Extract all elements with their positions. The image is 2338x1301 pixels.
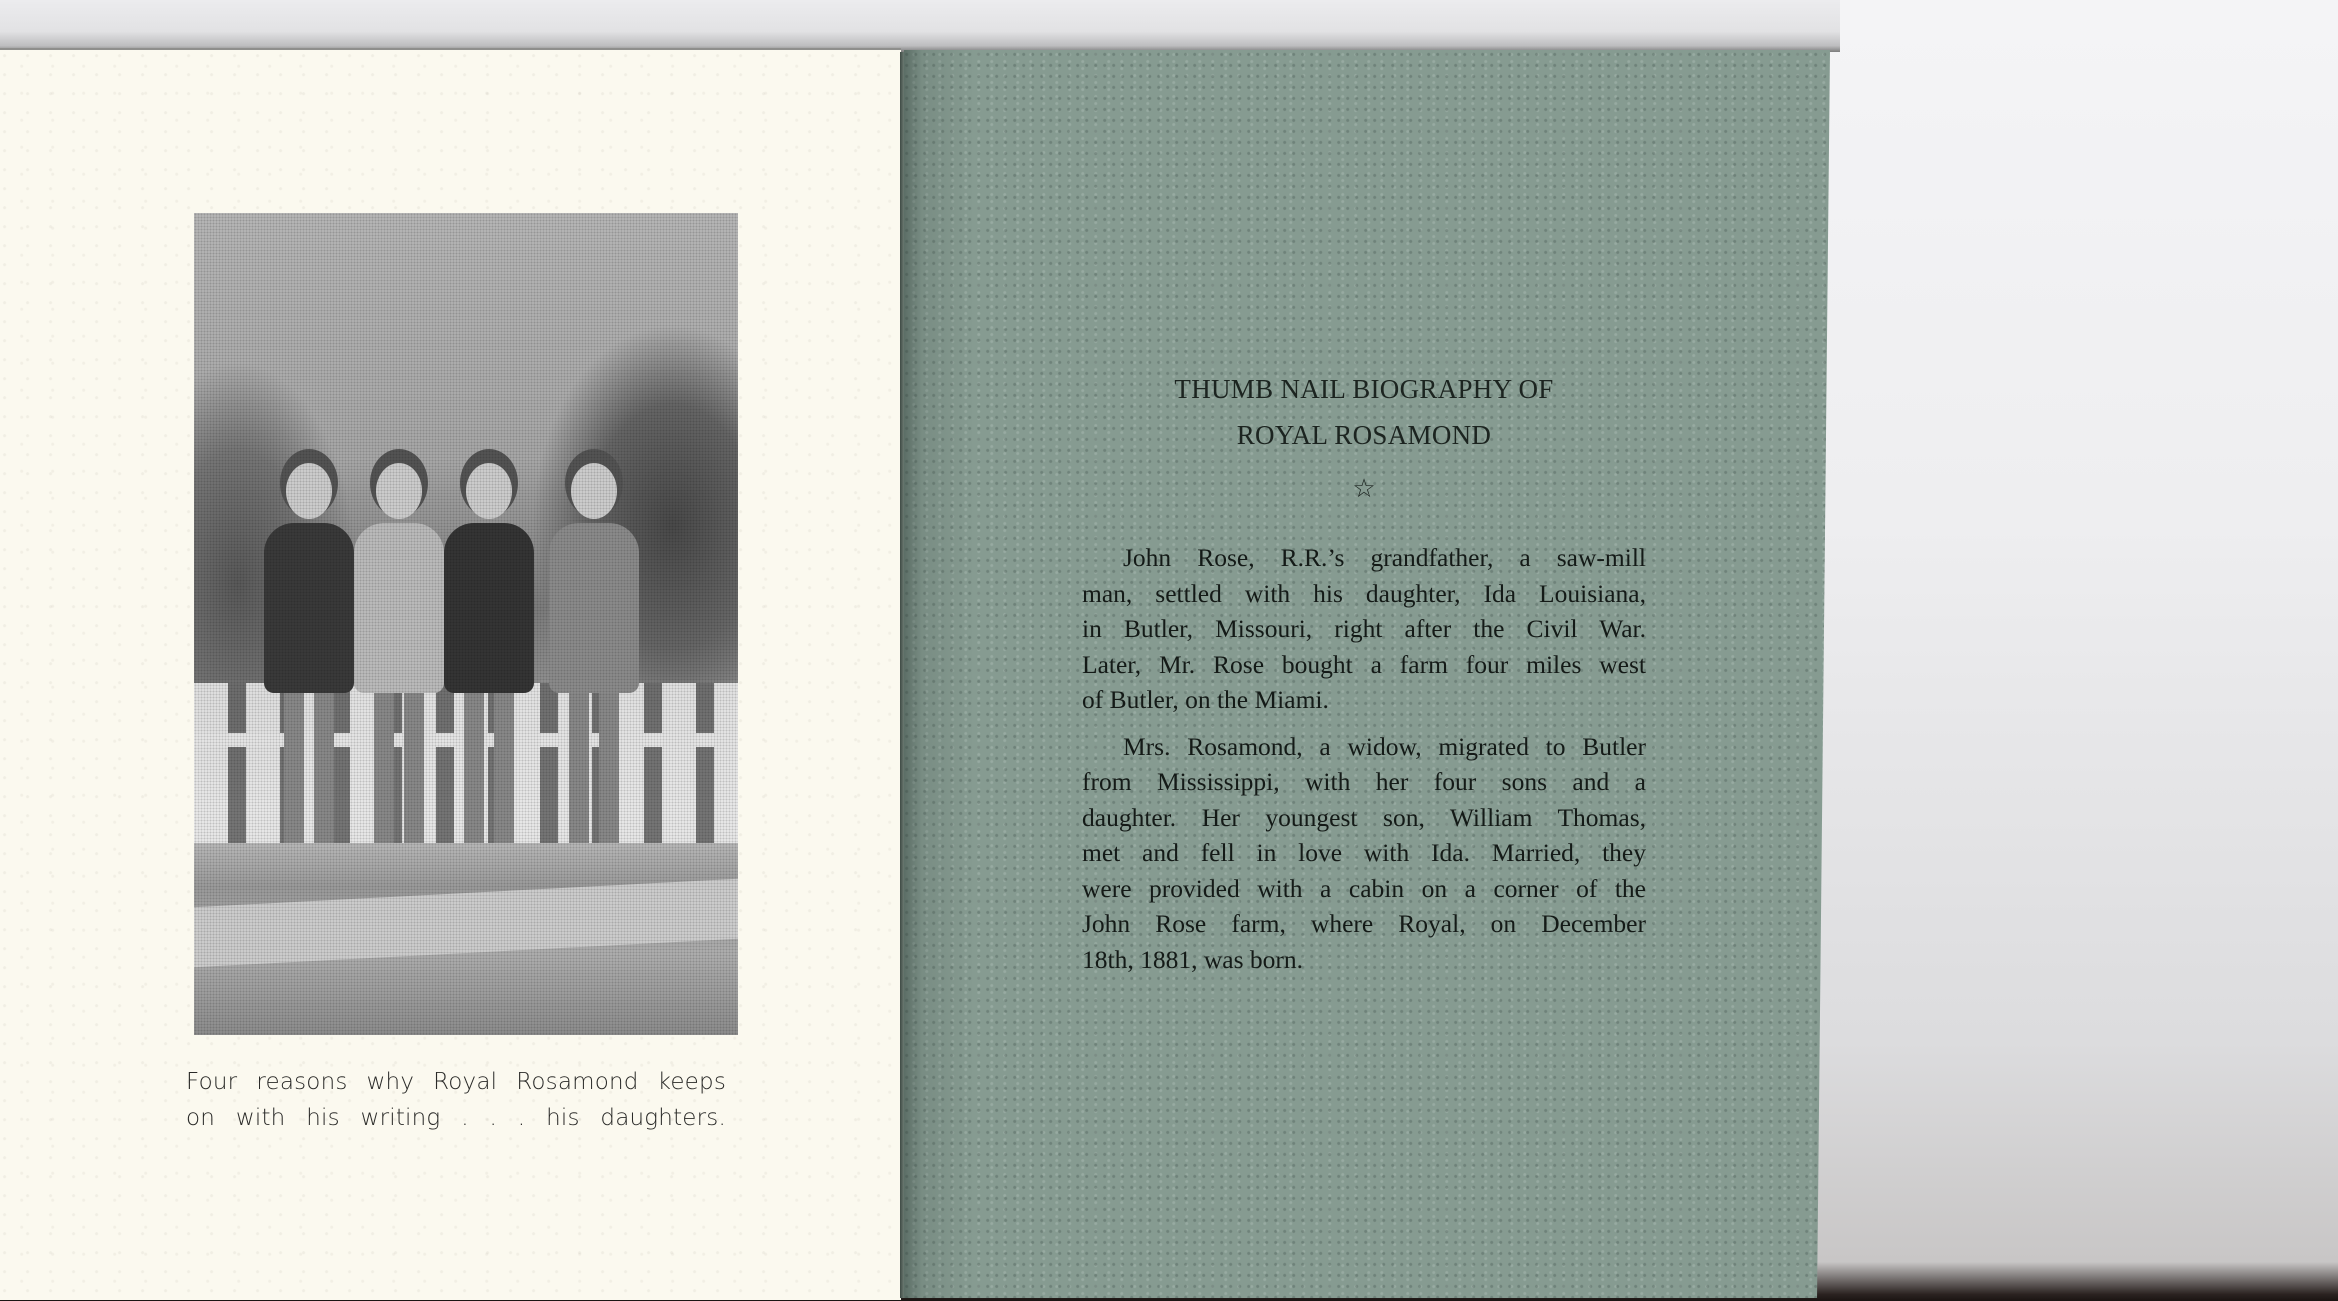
paragraph-line: Later, Mr. Rose bought a farm four miles… [1082, 647, 1646, 683]
photo-caption: Four reasons why Royal Rosamond keeps on… [186, 1064, 726, 1136]
caption-line-1: Four reasons why Royal Rosamond keeps [186, 1064, 726, 1100]
photo-picket-fence [194, 683, 738, 843]
biography-title: THUMB NAIL BIOGRAPHY OF ROYAL ROSAMOND [1082, 366, 1646, 458]
photo-fence-rail [194, 733, 738, 747]
paragraph-line: of Butler, on the Miami. [1082, 682, 1646, 718]
caption-line-2: on with his writing . . . his daughters. [186, 1100, 726, 1136]
paragraph-line: 18th, 1881, was born. [1082, 942, 1646, 978]
photo-person-3 [444, 463, 534, 843]
star-ornament-icon: ☆ [1082, 474, 1646, 504]
biography-body: John Rose, R.R.’s grandfather, a saw-mil… [1082, 540, 1646, 977]
paragraph-line: John Rose farm, where Royal, on December [1082, 906, 1646, 942]
title-line-2: ROYAL ROSAMOND [1082, 412, 1646, 458]
photo-person-4 [549, 463, 639, 843]
paragraph-line: Mrs. Rosamond, a widow, migrated to Butl… [1082, 729, 1646, 765]
photo-walkway [194, 879, 738, 968]
paragraph-line: daughter. Her youngest son, William Thom… [1082, 800, 1646, 836]
title-line-1: THUMB NAIL BIOGRAPHY OF [1082, 366, 1646, 412]
paragraph-line: were provided with a cabin on a corner o… [1082, 871, 1646, 907]
paragraph-line: man, settled with his daughter, Ida Loui… [1082, 576, 1646, 612]
paragraph-line: met and fell in love with Ida. Married, … [1082, 835, 1646, 871]
daughters-photo [194, 213, 738, 1035]
paragraph-1: John Rose, R.R.’s grandfather, a saw-mil… [1082, 540, 1646, 718]
book-gutter [900, 52, 904, 1298]
scanner-top-shadow [0, 0, 1840, 52]
paragraph-2: Mrs. Rosamond, a widow, migrated to Butl… [1082, 729, 1646, 978]
paragraph-line: from Mississippi, with her four sons and… [1082, 764, 1646, 800]
photo-person-2 [354, 463, 444, 843]
photo-person-1 [264, 463, 354, 843]
paragraph-line: John Rose, R.R.’s grandfather, a saw-mil… [1082, 540, 1646, 576]
paragraph-line: in Butler, Missouri, right after the Civ… [1082, 611, 1646, 647]
